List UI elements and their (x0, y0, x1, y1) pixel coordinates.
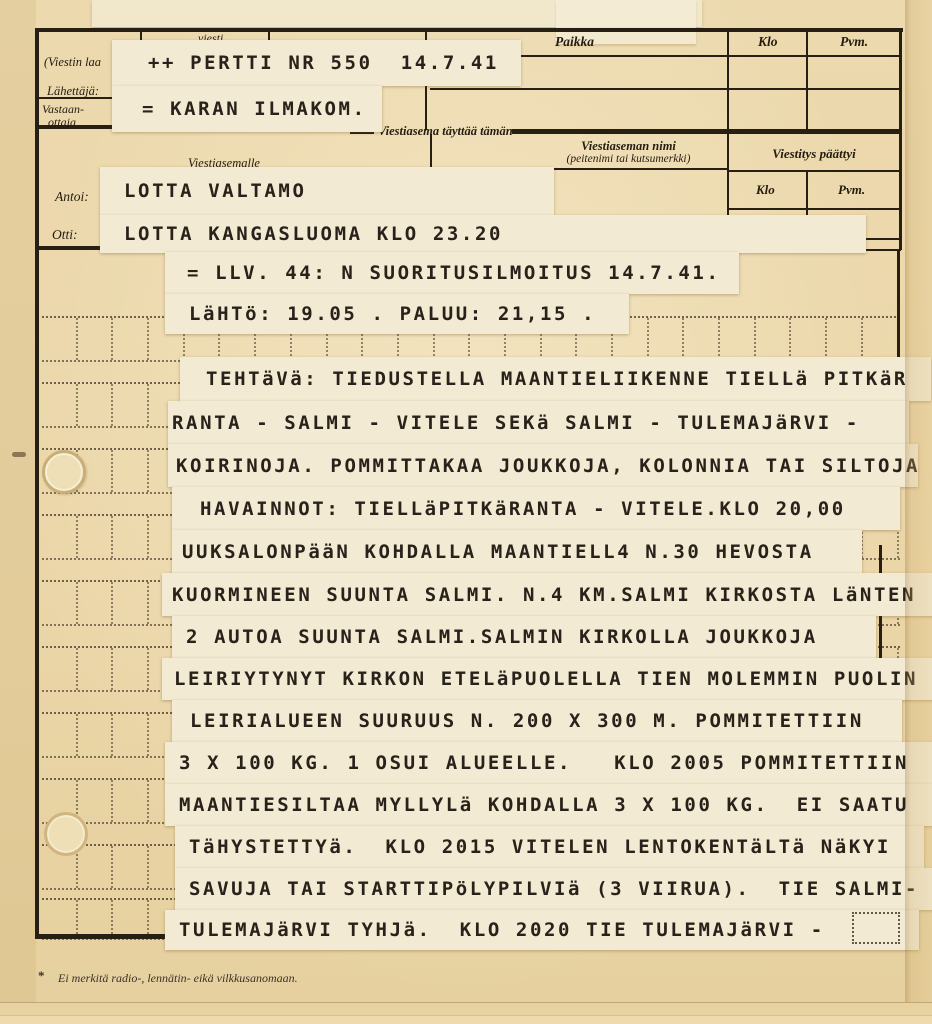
grid-cell (42, 582, 78, 624)
grid-cell (78, 648, 114, 690)
rule-row (727, 208, 901, 210)
grid-cell (78, 714, 114, 756)
rule-left-border (35, 28, 39, 938)
grid-cell (756, 318, 792, 360)
station-name-label-2: (peitenimi tai kutsumerkki) (530, 153, 727, 165)
typed-strip: RANTA - SALMI - VITELE SEKä SALMI - TULE… (168, 401, 909, 444)
typed-strip: 2 AUTOA SUUNTA SALMI.SALMIN KIRKOLLA JOU… (172, 616, 876, 658)
otti-label: Otti: (52, 227, 78, 243)
grid-cell (113, 384, 149, 426)
grid-cell (113, 318, 149, 360)
rule-row (530, 168, 727, 170)
grid-cell (720, 318, 756, 360)
grid-cell (113, 582, 149, 624)
station-name-label-1: Viestiaseman nimi (530, 139, 727, 154)
grid-cell (42, 384, 78, 426)
paikka-column-label: Paikka (555, 34, 625, 50)
antoi-label: Antoi: (55, 189, 89, 205)
rule-col (806, 28, 808, 131)
grid-cell (78, 582, 114, 624)
grid-cell (78, 780, 114, 822)
grid-cell (42, 714, 78, 756)
typed-strip: LäHTö: 19.05 . PALUU: 21,15 . (165, 294, 629, 334)
typed-strip: HAVAINNOT: TIELLäPITKäRANTA - VITELE.KLO… (172, 487, 900, 530)
typed-strip: TULEMAJäRVI TYHJä. KLO 2020 TIE TULEMAJä… (165, 910, 919, 950)
viestin-laatija-label: (Viestin laa (44, 55, 101, 70)
paper-left-margin (0, 0, 36, 1024)
pvm-column-label: Pvm. (840, 34, 868, 50)
vastaanottaja-label-2: ottaja (48, 115, 76, 130)
ink-speck (12, 452, 26, 457)
grid-cell (78, 846, 114, 888)
typed-strip: = LLV. 44: N SUORITUSILMOITUS 14.7.41. (165, 252, 739, 294)
klo-sub-label: Klo (756, 182, 775, 198)
typed-strip: MAANTIESILTAA MYLLYLä KOHDALLA 3 X 100 K… (165, 784, 932, 826)
grid-cell (863, 318, 899, 360)
paper-right-edge (905, 0, 932, 1024)
typed-strip: 3 X 100 KG. 1 OSUI ALUEELLE. KLO 2005 PO… (165, 742, 932, 784)
station-fills-label: Viestiasema täyttää tämän (378, 124, 513, 139)
grid-cell (78, 900, 114, 938)
rule-top-border (35, 28, 903, 32)
typed-strip: UUKSALONPääN KOHDALLA MAANTIELL4 N.30 HE… (172, 530, 862, 573)
grid-cell-overlay (852, 912, 900, 944)
grid-cell (78, 516, 114, 558)
typed-strip: ++ PERTTI NR 550 14.7.41 (112, 40, 521, 86)
grid-cell (113, 900, 149, 938)
grid-cell (113, 516, 149, 558)
typed-strip: LOTTA VALTAMO (100, 167, 554, 215)
grid-cell (113, 846, 149, 888)
rule-col (727, 28, 729, 131)
rule-right-border (899, 28, 902, 250)
grid-cell (113, 780, 149, 822)
klo-column-label: Klo (758, 34, 778, 50)
grid-cell (78, 318, 114, 360)
typed-strip: TäHYSTETTYä. KLO 2015 VITELEN LENTOKENTä… (175, 826, 924, 868)
grid-cell (42, 648, 78, 690)
grid-cell (113, 450, 149, 492)
grid-cell (42, 900, 78, 938)
typed-strip: = KARAN ILMAKOM. (112, 86, 382, 132)
typed-strip: SAVUJA TAI STARTTIPöLYPILVIä (3 VIIRUA).… (175, 868, 932, 910)
grid-cell (113, 714, 149, 756)
grid-cell (684, 318, 720, 360)
rule-divider-bar (512, 129, 902, 134)
footnote-text: Ei merkitä radio-, lennätin- eikä vilkku… (58, 971, 298, 986)
pvm-sub-label: Pvm. (838, 182, 865, 198)
rule-row (430, 88, 900, 90)
grid-cell (649, 318, 685, 360)
scanned-message-form: viesti Paikka Klo Pvm. (Viestin laa Lähe… (0, 0, 932, 1024)
grid-cell (113, 648, 149, 690)
transmission-ended-label: Viestitys päättyi (727, 146, 901, 162)
typed-strip: KUORMINEEN SUUNTA SALMI. N.4 KM.SALMI KI… (162, 573, 932, 616)
rule-row (727, 170, 901, 172)
paper-bottom-edge-layer (0, 1015, 932, 1024)
grid-cell (827, 318, 863, 360)
grid-cell (42, 318, 78, 360)
footnote-asterisk: * (38, 968, 45, 984)
grid-cell (78, 384, 114, 426)
typed-strip: LEIRIYTYNYT KIRKON ETELäPUOLELLA TIEN MO… (162, 658, 932, 700)
grid-cell (791, 318, 827, 360)
punch-hole (42, 450, 86, 494)
typed-strip: KOIRINOJA. POMMITTAKAA JOUKKOJA, KOLONNI… (168, 444, 918, 487)
typed-strip: LOTTA KANGASLUOMA KLO 23.20 (100, 215, 866, 253)
typed-strip: LEIRIALUEEN SUURUUS N. 200 X 300 M. POMM… (172, 700, 902, 742)
rule-col (430, 134, 432, 168)
grid-cell (42, 516, 78, 558)
typed-strip: TEHTäVä: TIEDUSTELLA MAANTIELIIKENNE TIE… (180, 357, 931, 401)
punch-hole (44, 812, 88, 856)
lahettaja-label: Lähettäjä: (47, 84, 99, 99)
